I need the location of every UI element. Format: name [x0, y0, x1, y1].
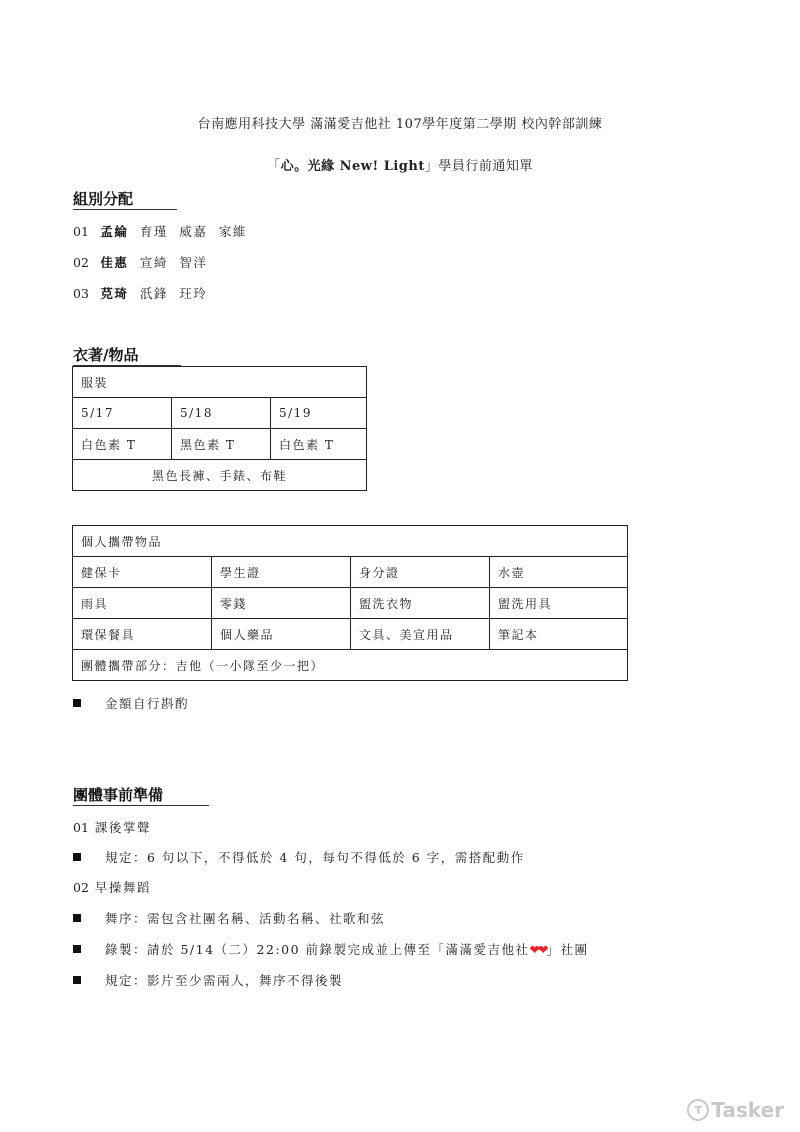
group-member: 玨玲	[179, 286, 207, 301]
item-cell: 健保卡	[73, 557, 212, 588]
clothing-heading: 衣著/物品	[73, 346, 181, 366]
group-row: 01 孟綸 育瑾 威嘉 家維	[73, 224, 253, 240]
heart-icon: ❤❤	[530, 942, 547, 957]
group-leader: 佳惠	[100, 255, 128, 270]
group-row: 03 莌琦 汦鋒 玨玲	[73, 286, 213, 302]
prep-item-title: 01課後掌聲	[73, 820, 151, 836]
prep-bullet: 規定：影片至少需兩人，舞序不得後製	[73, 973, 343, 989]
outfit-cell: 黑色素 T	[172, 429, 271, 460]
group-carry-cell: 團體攜帶部分：吉他（一小隊至少一把）	[73, 650, 628, 681]
clothing-table-title: 服裝	[73, 367, 367, 398]
item-cell: 筆記本	[490, 619, 628, 650]
prep-bullet-tail: 」社團	[547, 942, 589, 957]
prep-item-name: 早操舞蹈	[95, 880, 151, 895]
date-cell: 5/18	[172, 398, 271, 429]
group-leader: 莌琦	[100, 286, 128, 301]
tasker-watermark: T Tasker	[687, 1098, 784, 1122]
tasker-logo-icon: T	[687, 1099, 709, 1121]
prep-bullet-text: 規定：6 句以下，不得低於 4 句，每句不得低於 6 字，需搭配動作	[105, 850, 525, 865]
item-cell: 盥洗衣物	[351, 588, 490, 619]
item-cell: 文具、美宣用品	[351, 619, 490, 650]
item-cell: 個人藥品	[212, 619, 351, 650]
prep-item-number: 02	[73, 880, 89, 895]
event-name: 心。光緣 New! Light	[281, 159, 425, 174]
note-text: 金額自行斟酌	[105, 696, 189, 711]
group-member: 宣綺	[140, 255, 168, 270]
group-member: 威嘉	[179, 224, 207, 239]
square-bullet-icon	[73, 914, 81, 922]
prep-bullet: 錄製：請於 5/14（二）22:00 前錄製完成並上傳至「滿滿愛吉他社❤❤」社團	[73, 942, 589, 958]
group-row: 02 佳惠 宣綺 智洋	[73, 255, 213, 271]
prep-item-number: 01	[73, 820, 89, 835]
group-number: 02	[73, 255, 89, 270]
subtitle-rest: 」學員行前通知單	[425, 159, 533, 174]
item-cell: 環保餐具	[73, 619, 212, 650]
outfit-cell: 白色素 T	[271, 429, 367, 460]
preparation-heading: 團體事前準備	[73, 786, 209, 806]
group-member: 家維	[219, 224, 247, 239]
note-bullet: 金額自行斟酌	[73, 696, 189, 712]
clothing-table: 服裝 5/17 5/18 5/19 白色素 T 黑色素 T 白色素 T 黑色長褲…	[72, 366, 367, 491]
date-cell: 5/17	[73, 398, 172, 429]
prep-bullet-text: 錄製：請於 5/14（二）22:00 前錄製完成並上傳至「滿滿愛吉他社	[105, 942, 530, 957]
group-member: 育瑾	[140, 224, 168, 239]
outfit-cell: 白色素 T	[73, 429, 172, 460]
personal-items-table: 個人攜帶物品 健保卡 學生證 身分證 水壺 雨具 零錢 盥洗衣物 盥洗用具 環保…	[72, 525, 628, 681]
square-bullet-icon	[73, 945, 81, 953]
common-outfit-cell: 黑色長褲、手錶、布鞋	[73, 460, 367, 491]
item-cell: 身分證	[351, 557, 490, 588]
square-bullet-icon	[73, 853, 81, 861]
prep-item-title: 02早操舞蹈	[73, 880, 151, 896]
item-cell: 零錢	[212, 588, 351, 619]
document-subtitle: 「心。光緣 New! Light」學員行前通知單	[0, 155, 800, 174]
item-cell: 盥洗用具	[490, 588, 628, 619]
prep-bullet: 舞序：需包含社團名稱、活動名稱、社歌和弦	[73, 911, 385, 927]
group-leader: 孟綸	[100, 224, 128, 239]
prep-item-name: 課後掌聲	[95, 820, 151, 835]
document-title: 台南應用科技大學 滿滿愛吉他社 107學年度第二學期 校內幹部訓練	[0, 113, 800, 132]
group-number: 01	[73, 224, 89, 239]
group-member: 汦鋒	[140, 286, 168, 301]
personal-items-title: 個人攜帶物品	[73, 526, 628, 557]
square-bullet-icon	[73, 976, 81, 984]
subtitle-open-bracket: 「	[267, 159, 281, 174]
item-cell: 學生證	[212, 557, 351, 588]
prep-bullet-text: 舞序：需包含社團名稱、活動名稱、社歌和弦	[105, 911, 385, 926]
group-number: 03	[73, 286, 89, 301]
group-member: 智洋	[179, 255, 207, 270]
date-cell: 5/19	[271, 398, 367, 429]
item-cell: 水壺	[490, 557, 628, 588]
prep-bullet-text: 規定：影片至少需兩人，舞序不得後製	[105, 973, 343, 988]
prep-bullet: 規定：6 句以下，不得低於 4 句，每句不得低於 6 字，需搭配動作	[73, 850, 525, 866]
square-bullet-icon	[73, 699, 81, 707]
groups-heading: 組別分配	[73, 190, 177, 210]
item-cell: 雨具	[73, 588, 212, 619]
watermark-text: Tasker	[711, 1098, 784, 1122]
